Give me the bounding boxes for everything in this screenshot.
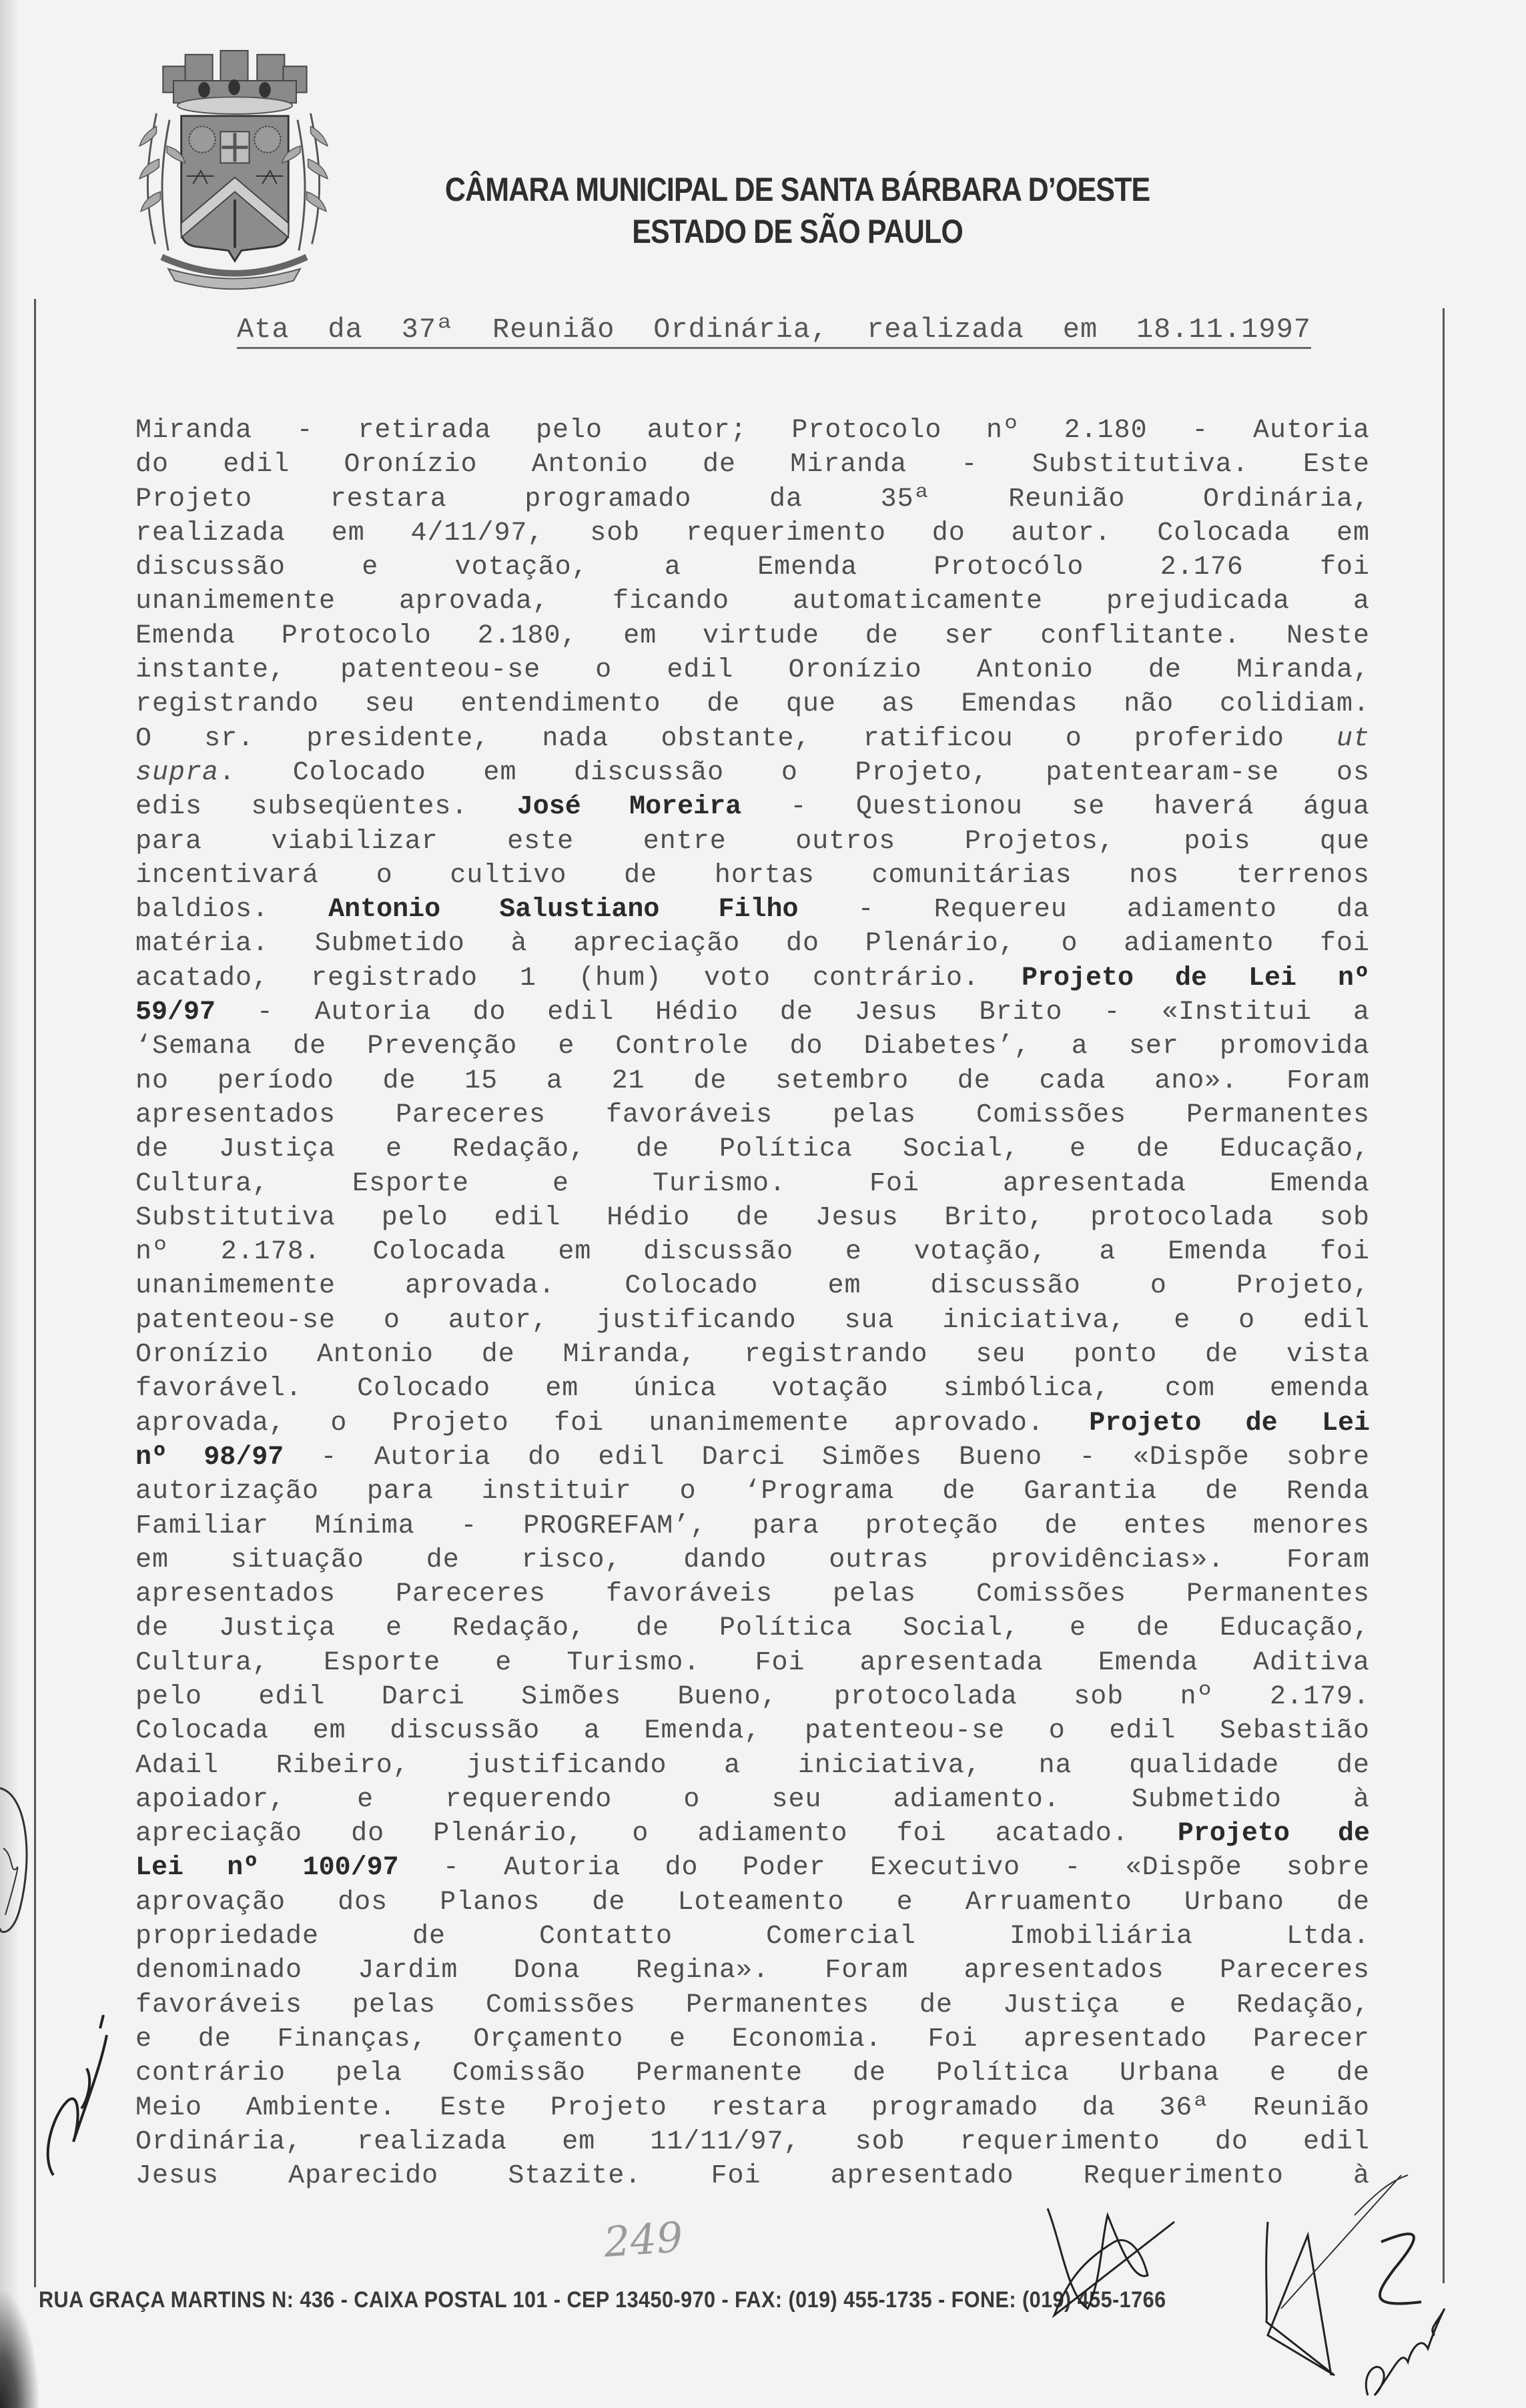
text-segment: propriedade de Contatto Comercial Imobil… bbox=[135, 1922, 1370, 1952]
text-line: contrário pela Comissão Permanente de Po… bbox=[135, 2056, 1370, 2090]
text-line: acatado, registrado 1 (hum) voto contrár… bbox=[135, 961, 1370, 995]
text-segment: aprovação dos Planos de Loteamento e Arr… bbox=[135, 1888, 1370, 1918]
text-line: para viabilizar este entre outros Projet… bbox=[135, 825, 1370, 859]
text-line: do edil Oronízio Antonio de Miranda - Su… bbox=[135, 448, 1370, 482]
text-segment: unanimemente aprovada. Colocado em discu… bbox=[135, 1271, 1370, 1301]
bold-heading: nº 98/97 bbox=[135, 1443, 284, 1473]
text-line: patenteou-se o autor, justificando sua i… bbox=[135, 1304, 1370, 1338]
text-segment: Emenda Protocolo 2.180, em virtude de se… bbox=[135, 621, 1370, 651]
text-line: apresentados Pareceres favoráveis pelas … bbox=[135, 1098, 1370, 1132]
text-line: autorização para instituir o ‘Programa d… bbox=[135, 1475, 1370, 1509]
text-segment: Ordinária, realizada em 11/11/97, sob re… bbox=[135, 2127, 1370, 2157]
organization-name: CÂMARA MUNICIPAL DE SANTA BÁRBARA D’OEST… bbox=[107, 170, 1419, 209]
bold-heading: 59/97 bbox=[135, 997, 216, 1028]
page-border-right bbox=[1443, 308, 1445, 2283]
text-segment: e de Finanças, Orçamento e Economia. Foi… bbox=[135, 2024, 1370, 2054]
text-line: denominado Jardim Dona Regina». Foram ap… bbox=[135, 1954, 1370, 1988]
text-line: Oronízio Antonio de Miranda, registrando… bbox=[135, 1338, 1370, 1372]
text-line: aprovada, o Projeto foi unanimemente apr… bbox=[135, 1407, 1370, 1441]
text-segment: discussão e votação, a Emenda Protocólo … bbox=[135, 552, 1370, 582]
text-segment: acatado, registrado 1 (hum) voto contrár… bbox=[135, 963, 1022, 993]
text-line: de Justiça e Redação, de Política Social… bbox=[135, 1132, 1370, 1166]
text-line: matéria. Submetido à apreciação do Plená… bbox=[135, 927, 1370, 961]
text-line: Lei nº 100/97 - Autoria do Poder Executi… bbox=[135, 1851, 1370, 1885]
text-segment: Cultura, Esporte e Turismo. Foi apresent… bbox=[135, 1169, 1370, 1199]
text-line: incentivará o cultivo de hortas comunitá… bbox=[135, 859, 1370, 893]
text-segment: Projeto restara programado da 35ª Reuniã… bbox=[135, 484, 1370, 514]
text-segment: Substitutiva pelo edil Hédio de Jesus Br… bbox=[135, 1203, 1370, 1233]
text-segment: Jesus Aparecido Stazite. Foi apresentado… bbox=[135, 2161, 1370, 2191]
text-segment: ‘Semana de Prevenção e Controle do Diabe… bbox=[135, 1032, 1370, 1062]
text-segment: pelo edil Darci Simões Bueno, protocolad… bbox=[135, 1682, 1370, 1712]
text-segment: incentivará o cultivo de hortas comunitá… bbox=[135, 861, 1370, 891]
text-line: O sr. presidente, nada obstante, ratific… bbox=[135, 722, 1370, 756]
text-line: no período de 15 a 21 de setembro de cad… bbox=[135, 1064, 1370, 1098]
text-line: edis subseqüentes. José Moreira - Questi… bbox=[135, 790, 1370, 824]
text-segment: apreciação do Plenário, o adiamento foi … bbox=[135, 1819, 1178, 1849]
minutes-body: Miranda - retirada pelo autor; Protocolo… bbox=[135, 414, 1370, 2193]
text-line: aprovação dos Planos de Loteamento e Arr… bbox=[135, 1886, 1370, 1920]
text-segment: - Questionou se haverá água bbox=[741, 792, 1370, 822]
text-segment: para viabilizar este entre outros Projet… bbox=[135, 827, 1370, 857]
text-line: apoiador, e requerendo o seu adiamento. … bbox=[135, 1783, 1370, 1817]
text-segment: - Autoria do edil Darci Simões Bueno - «… bbox=[284, 1443, 1370, 1473]
text-line: nº 2.178. Colocada em discussão e votaçã… bbox=[135, 1235, 1370, 1269]
text-segment: O sr. presidente, nada obstante, ratific… bbox=[135, 724, 1337, 754]
organization-state: ESTADO DE SÃO PAULO bbox=[107, 212, 1419, 251]
text-line: discussão e votação, a Emenda Protocólo … bbox=[135, 550, 1370, 584]
text-line: favorável. Colocado em única votação sim… bbox=[135, 1372, 1370, 1406]
margin-signature-vertical-icon bbox=[40, 2008, 113, 2182]
text-segment: apoiador, e requerendo o seu adiamento. … bbox=[135, 1785, 1370, 1815]
bold-heading: Projeto de Lei nº bbox=[1022, 963, 1370, 993]
text-segment: contrário pela Comissão Permanente de Po… bbox=[135, 2058, 1370, 2088]
text-line: Colocada em discussão a Emenda, patenteo… bbox=[135, 1714, 1370, 1748]
text-segment: apresentados Pareceres favoráveis pelas … bbox=[135, 1579, 1370, 1609]
text-line: Projeto restara programado da 35ª Reuniã… bbox=[135, 482, 1370, 516]
text-segment: do edil Oronízio Antonio de Miranda - Su… bbox=[135, 450, 1370, 480]
text-segment: Oronízio Antonio de Miranda, registrando… bbox=[135, 1340, 1370, 1370]
text-segment: Cultura, Esporte e Turismo. Foi apresent… bbox=[135, 1648, 1370, 1678]
text-line: Adail Ribeiro, justificando a iniciativa… bbox=[135, 1749, 1370, 1783]
page-border-left bbox=[34, 299, 36, 2287]
text-segment: registrando seu entendimento de que as E… bbox=[135, 689, 1370, 719]
text-line: Jesus Aparecido Stazite. Foi apresentado… bbox=[135, 2159, 1370, 2193]
text-line: propriedade de Contatto Comercial Imobil… bbox=[135, 1920, 1370, 1954]
text-line: Cultura, Esporte e Turismo. Foi apresent… bbox=[135, 1646, 1370, 1680]
text-line: instante, patenteou-se o edil Oronízio A… bbox=[135, 653, 1370, 687]
text-segment: baldios. bbox=[135, 895, 328, 925]
bottom-initials-icon bbox=[1361, 2295, 1448, 2402]
handwritten-page-number: 249 bbox=[603, 2213, 685, 2267]
text-segment: - Autoria do edil Hédio de Jesus Brito -… bbox=[216, 997, 1370, 1028]
text-segment: edis subseqüentes. bbox=[135, 792, 517, 822]
text-segment: autorização para instituir o ‘Programa d… bbox=[135, 1477, 1370, 1507]
bold-heading: Projeto de Lei bbox=[1089, 1409, 1370, 1439]
text-line: Cultura, Esporte e Turismo. Foi apresent… bbox=[135, 1167, 1370, 1201]
text-segment: em situação de risco, dando outras provi… bbox=[135, 1545, 1370, 1575]
text-segment: aprovada, o Projeto foi unanimemente apr… bbox=[135, 1409, 1089, 1439]
footer-address: RUA GRAÇA MARTINS N: 436 - CAIXA POSTAL … bbox=[39, 2287, 1300, 2313]
text-segment: denominado Jardim Dona Regina». Foram ap… bbox=[135, 1956, 1370, 1986]
text-segment: realizada em 4/11/97, sob requerimento d… bbox=[135, 518, 1370, 548]
text-segment: Adail Ribeiro, justificando a iniciativa… bbox=[135, 1751, 1370, 1781]
text-segment: no período de 15 a 21 de setembro de cad… bbox=[135, 1066, 1370, 1096]
text-segment: . Colocado em discussão o Projeto, paten… bbox=[219, 758, 1370, 788]
text-line: apresentados Pareceres favoráveis pelas … bbox=[135, 1577, 1370, 1611]
text-line: unanimemente aprovada, ficando automatic… bbox=[135, 584, 1370, 619]
text-line: pelo edil Darci Simões Bueno, protocolad… bbox=[135, 1680, 1370, 1714]
text-segment: nº 2.178. Colocada em discussão e votaçã… bbox=[135, 1237, 1370, 1267]
text-segment: de Justiça e Redação, de Política Social… bbox=[135, 1134, 1370, 1164]
italic-text: supra bbox=[135, 758, 219, 788]
text-segment: Colocada em discussão a Emenda, patenteo… bbox=[135, 1716, 1370, 1746]
text-line: e de Finanças, Orçamento e Economia. Foi… bbox=[135, 2022, 1370, 2056]
text-segment: matéria. Submetido à apreciação do Plená… bbox=[135, 929, 1370, 959]
text-line: Meio Ambiente. Este Projeto restara prog… bbox=[135, 2091, 1370, 2125]
text-segment: apresentados Pareceres favoráveis pelas … bbox=[135, 1100, 1370, 1130]
text-segment: instante, patenteou-se o edil Oronízio A… bbox=[135, 655, 1370, 685]
text-line: Ordinária, realizada em 11/11/97, sob re… bbox=[135, 2125, 1370, 2159]
italic-text: ut bbox=[1337, 724, 1370, 754]
text-line: Substitutiva pelo edil Hédio de Jesus Br… bbox=[135, 1201, 1370, 1235]
text-line: de Justiça e Redação, de Política Social… bbox=[135, 1611, 1370, 1645]
text-segment: Meio Ambiente. Este Projeto restara prog… bbox=[135, 2093, 1370, 2123]
text-line: realizada em 4/11/97, sob requerimento d… bbox=[135, 516, 1370, 550]
page-edge-shadow bbox=[0, 0, 20, 2408]
bold-heading: Antonio Salustiano Filho bbox=[328, 895, 798, 925]
bold-heading: José Moreira bbox=[517, 792, 741, 822]
text-line: em situação de risco, dando outras provi… bbox=[135, 1543, 1370, 1577]
text-segment: Miranda - retirada pelo autor; Protocolo… bbox=[135, 416, 1370, 446]
text-segment: Familiar Mínima - PROGREFAM’, para prote… bbox=[135, 1511, 1370, 1541]
text-segment: de Justiça e Redação, de Política Social… bbox=[135, 1613, 1370, 1643]
text-line: ‘Semana de Prevenção e Controle do Diabe… bbox=[135, 1030, 1370, 1064]
text-line: apreciação do Plenário, o adiamento foi … bbox=[135, 1817, 1370, 1851]
text-line: nº 98/97 - Autoria do edil Darci Simões … bbox=[135, 1441, 1370, 1475]
text-line: supra. Colocado em discussão o Projeto, … bbox=[135, 756, 1370, 790]
text-line: Miranda - retirada pelo autor; Protocolo… bbox=[135, 414, 1370, 448]
document-title: Ata da 37ª Reunião Ordinária, realizada … bbox=[237, 314, 1311, 349]
text-segment: favoráveis pelas Comissões Permanentes d… bbox=[135, 1990, 1370, 2020]
text-line: Familiar Mínima - PROGREFAM’, para prote… bbox=[135, 1509, 1370, 1543]
bold-heading: Projeto de bbox=[1178, 1819, 1370, 1849]
text-segment: unanimemente aprovada, ficando automatic… bbox=[135, 586, 1370, 617]
text-line: 59/97 - Autoria do edil Hédio de Jesus B… bbox=[135, 995, 1370, 1030]
text-segment: - Requereu adiamento da bbox=[798, 895, 1370, 925]
page-corner-shadow bbox=[0, 2288, 40, 2408]
text-segment: - Autoria do Poder Executivo - «Dispõe s… bbox=[399, 1853, 1370, 1883]
text-segment: favorável. Colocado em única votação sim… bbox=[135, 1374, 1370, 1404]
text-line: unanimemente aprovada. Colocado em discu… bbox=[135, 1269, 1370, 1303]
bold-heading: Lei nº 100/97 bbox=[135, 1853, 399, 1883]
text-line: favoráveis pelas Comissões Permanentes d… bbox=[135, 1988, 1370, 2022]
text-line: registrando seu entendimento de que as E… bbox=[135, 687, 1370, 721]
text-line: Emenda Protocolo 2.180, em virtude de se… bbox=[135, 619, 1370, 653]
text-segment: patenteou-se o autor, justificando sua i… bbox=[135, 1306, 1370, 1336]
text-line: baldios. Antonio Salustiano Filho - Requ… bbox=[135, 893, 1370, 927]
